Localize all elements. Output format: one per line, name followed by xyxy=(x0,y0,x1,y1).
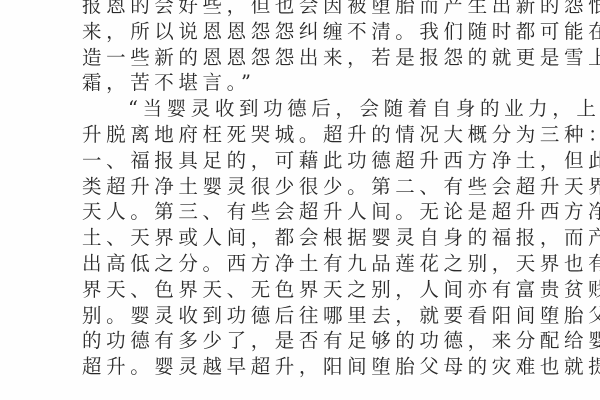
text-line-2: 来，所以说恩恩怨怨纠缠不清。我们随时都可能在制 xyxy=(82,19,496,45)
text-line-15: 超升。婴灵越早超升，阳间堕胎父母的灾难也就提早 xyxy=(82,354,496,380)
text-line-10: 土、天界或人间，都会根据婴灵自身的福报，而产生 xyxy=(82,225,496,251)
text-line-9: 天人。第三、有些会超升人间。无论是超升西方净 xyxy=(82,199,496,225)
text-line-5-paragraph-start: “当婴灵收到功德后，会随着自身的业力，上 xyxy=(82,96,496,122)
text-line-14: 的功德有多少了，是否有足够的功德，来分配给婴灵 xyxy=(82,328,496,354)
text-line-13: 别。婴灵收到功德后往哪里去，就要看阳间堕胎父母 xyxy=(82,303,496,329)
text-line-12: 界天、色界天、无色界天之别，人间亦有富贵贫贱之 xyxy=(82,277,496,303)
text-line-6: 升脱离地府枉死哭城。超升的情况大概分为三种：第 xyxy=(82,122,496,148)
text-line-7: 一、福报具足的，可藉此功德超升西方净土，但此 xyxy=(82,148,496,174)
text-line-4: 霜，苦不堪言。” xyxy=(82,70,496,96)
text-line-1: 报恩的会好些，但也会因被堕胎而产生出新的怨恨出 xyxy=(82,0,496,19)
body-text: 报恩的会好些，但也会因被堕胎而产生出新的怨恨出 来，所以说恩恩怨怨纠缠不清。我们… xyxy=(82,0,496,380)
text-line-3: 造一些新的恩恩怨怨出来，若是报怨的就更是雪上加 xyxy=(82,45,496,71)
scanned-book-page: 报恩的会好些，但也会因被堕胎而产生出新的怨恨出 来，所以说恩恩怨怨纠缠不清。我们… xyxy=(0,0,600,400)
text-line-8: 类超升净土婴灵很少很少。第二、有些会超升天界做 xyxy=(82,174,496,200)
text-line-11: 出高低之分。西方净土有九品莲花之别，天界也有欲 xyxy=(82,251,496,277)
